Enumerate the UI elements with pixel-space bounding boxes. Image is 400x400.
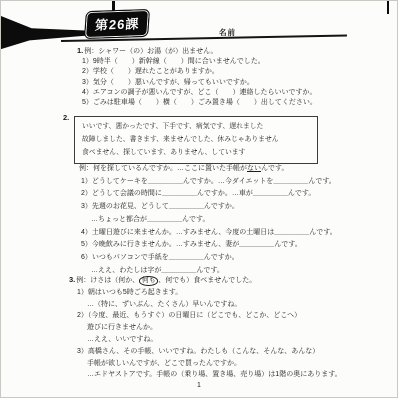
example-line: 3.例：けさは（何か、何も、何でも）食べませんでした。 [69, 274, 342, 287]
exercise-line: 5）今晩飲みに行きませんか。…すみません、妻が＿＿＿＿＿んです。 [81, 239, 337, 252]
section-1: 1.例：シャワー（の）お湯（が）出ません。 1）9時半（ ）新幹線（ ）間に合い… [77, 46, 317, 108]
exercise-line: 4）エアコンの調子が悪いんですが、どこ（ ）連絡したらいいですか。 [82, 88, 317, 98]
exercise-continuation-line: …ええ、いいですね。 [87, 334, 342, 346]
exercise-line: 5）ごみは駐車場（ ）横（ ）ごみ置き場（ ）出してください。 [82, 98, 317, 108]
name-field-label: 名前 [219, 27, 236, 38]
exercise-line: 2）学校（ ）遅れたことがありますか。 [82, 67, 317, 77]
scan-tick-artifact [387, 1, 389, 14]
exercise-line: 3）先週のお花見、どうして＿＿＿＿＿んですか。 [81, 201, 337, 214]
example-text: 例：何を探しているんですか。…ここに置いた手帳が [79, 165, 247, 172]
example-text: 、何でも）食べませんでした。 [158, 277, 256, 284]
exercise-line: 1）朝はいつも5時ごろ起きます。 [77, 287, 342, 299]
exercise-line: 2）（今度、最近、もうすぐ）の日曜日に（どこでも、どこか、どこへ） [77, 310, 342, 322]
exercise-line: 2）どうして会議の時間に＿＿＿＿＿んですか。…車が＿＿＿＿＿んです。 [81, 188, 337, 201]
exercise-continuation-line: …ちょっと都合が＿＿＿＿＿んです。 [91, 214, 337, 227]
word-bank-line: 食べません、探しています、ありません、しています [82, 147, 310, 160]
example-text: 例：けさは（何か、 [76, 277, 139, 284]
example-text: 例：シャワー（の）お湯（が）出ません。 [84, 48, 217, 55]
exercise-line: 4）土曜日遊びに来ませんか。…すみません、今度の土曜日は＿＿＿＿＿んです。 [81, 227, 337, 240]
word-bank-box: いいです、悪かったです、下手です、病気です、遅れました 故障しました、書きます、… [74, 116, 318, 164]
example-text: んです。 [261, 165, 288, 172]
section-number: 3. [69, 275, 75, 284]
section-3: 3.例：けさは（何か、何も、何でも）食べませんでした。 1）朝はいつも5時ごろ起… [69, 274, 342, 381]
section-2: 例：何を探しているんですか。…ここに置いた手帳がないんです。 1）どうしてケーキ… [79, 163, 337, 277]
section-2-number: 2. [63, 113, 69, 122]
section-number: 1. [77, 46, 83, 55]
exercise-line: 1）どうしてケーキを＿＿＿＿＿んですか。…今ダイエットを＿＿＿＿＿んです。 [81, 176, 337, 189]
example-line: 例：何を探しているんですか。…ここに置いた手帳がないんです。 [79, 163, 337, 176]
exercise-line: 1）9時半（ ）新幹線（ ）間に合いませんでした。 [82, 57, 317, 67]
exercise-continuation-line: …（特に、ずいぶん、たくさん）早いんですね。 [87, 299, 342, 311]
word-bank-line: 故障しました、書きます、来ませんでした、休みじゃありません [82, 134, 310, 147]
example-line: 1.例：シャワー（の）お湯（が）出ません。 [77, 46, 317, 57]
page-number: 1 [197, 382, 201, 389]
exercise-line: 3）高橋さん、その手帳、いいですね。わたしも（こんな、そんな、あんな） [77, 346, 342, 358]
exercise-line: 6）いつもパソコンで手紙を＿＿＿＿＿んですか。 [81, 252, 337, 265]
circled-answer: 何も [139, 276, 158, 286]
exercise-continuation-line: …エドヤストアです。手帳の（乗り場、置き場、売り場）は1階の奥にあります。 [87, 369, 342, 381]
word-bank-line: いいです、悪かったです、下手です、病気です、遅れました [82, 121, 310, 134]
underlined-answer: ない [247, 165, 261, 172]
worksheet-page: 第26課 名前 1.例：シャワー（の）お湯（が）出ません。 1）9時半（ ）新幹… [0, 0, 398, 398]
exercise-continuation-line: 遊びに行きませんか。 [87, 322, 342, 334]
exercise-line: 3）気分（ ）悪いんですが、帰ってもいいですか。 [82, 78, 317, 88]
lesson-badge: 第26課 [84, 9, 151, 39]
exercise-continuation-line: 手帳が欲しいんですが、どこで買ったんですか。 [87, 358, 342, 370]
